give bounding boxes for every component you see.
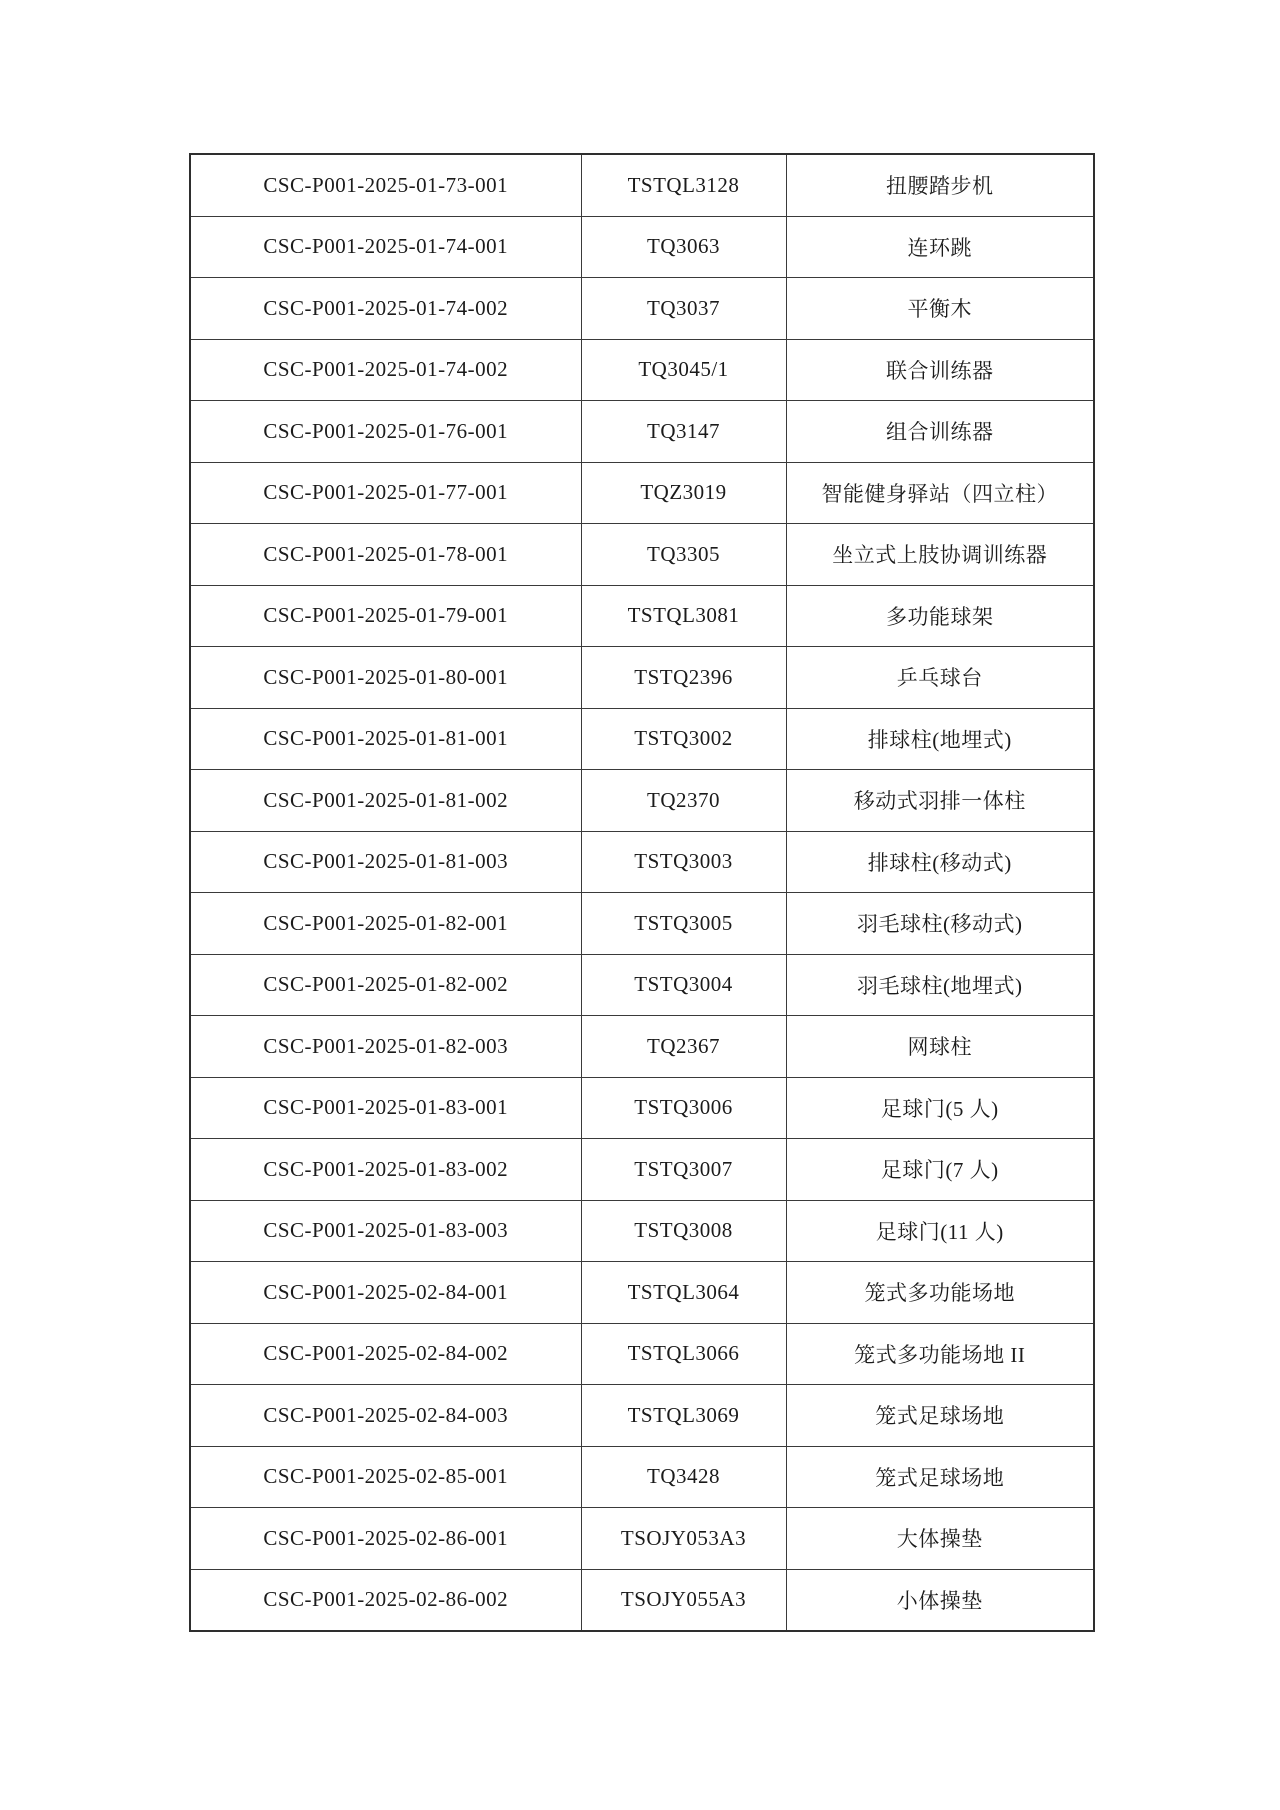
cell-code: CSC-P001-2025-01-80-001 bbox=[190, 647, 581, 709]
cell-name: 多功能球架 bbox=[786, 585, 1094, 647]
cell-name: 足球门(5 人) bbox=[786, 1077, 1094, 1139]
table-row: CSC-P001-2025-01-74-002TQ3045/1联合训练器 bbox=[190, 339, 1094, 401]
table-row: CSC-P001-2025-01-73-001TSTQL3128扭腰踏步机 bbox=[190, 154, 1094, 216]
table-row: CSC-P001-2025-01-82-002TSTQ3004羽毛球柱(地埋式) bbox=[190, 954, 1094, 1016]
cell-name: 智能健身驿站（四立柱） bbox=[786, 462, 1094, 524]
cell-code: CSC-P001-2025-01-79-001 bbox=[190, 585, 581, 647]
cell-model: TQ3045/1 bbox=[581, 339, 786, 401]
cell-name: 联合训练器 bbox=[786, 339, 1094, 401]
table-row: CSC-P001-2025-01-76-001TQ3147组合训练器 bbox=[190, 401, 1094, 463]
cell-name: 小体操垫 bbox=[786, 1569, 1094, 1631]
cell-code: CSC-P001-2025-02-84-001 bbox=[190, 1262, 581, 1324]
table-row: CSC-P001-2025-01-74-002TQ3037平衡木 bbox=[190, 278, 1094, 340]
cell-model: TQ3037 bbox=[581, 278, 786, 340]
cell-code: CSC-P001-2025-02-86-001 bbox=[190, 1508, 581, 1570]
cell-code: CSC-P001-2025-01-81-002 bbox=[190, 770, 581, 832]
table-row: CSC-P001-2025-02-84-003TSTQL3069笼式足球场地 bbox=[190, 1385, 1094, 1447]
cell-model: TSTQ3006 bbox=[581, 1077, 786, 1139]
table-row: CSC-P001-2025-01-81-002TQ2370移动式羽排一体柱 bbox=[190, 770, 1094, 832]
table-row: CSC-P001-2025-01-83-003TSTQ3008足球门(11 人) bbox=[190, 1200, 1094, 1262]
document-page: CSC-P001-2025-01-73-001TSTQL3128扭腰踏步机CSC… bbox=[0, 0, 1280, 1810]
cell-code: CSC-P001-2025-01-82-003 bbox=[190, 1016, 581, 1078]
table-row: CSC-P001-2025-01-78-001TQ3305坐立式上肢协调训练器 bbox=[190, 524, 1094, 586]
cell-model: TQZ3019 bbox=[581, 462, 786, 524]
cell-model: TSTQL3128 bbox=[581, 154, 786, 216]
table-row: CSC-P001-2025-01-81-001TSTQ3002排球柱(地埋式) bbox=[190, 708, 1094, 770]
cell-code: CSC-P001-2025-01-74-002 bbox=[190, 278, 581, 340]
table-row: CSC-P001-2025-02-86-001TSOJY053A3大体操垫 bbox=[190, 1508, 1094, 1570]
cell-code: CSC-P001-2025-02-85-001 bbox=[190, 1446, 581, 1508]
cell-model: TSTQL3069 bbox=[581, 1385, 786, 1447]
cell-code: CSC-P001-2025-01-83-002 bbox=[190, 1139, 581, 1201]
cell-model: TSTQ3004 bbox=[581, 954, 786, 1016]
cell-code: CSC-P001-2025-01-82-001 bbox=[190, 893, 581, 955]
cell-code: CSC-P001-2025-01-74-002 bbox=[190, 339, 581, 401]
cell-model: TSTQ3003 bbox=[581, 831, 786, 893]
cell-model: TQ3147 bbox=[581, 401, 786, 463]
cell-name: 笼式多功能场地 bbox=[786, 1262, 1094, 1324]
cell-name: 羽毛球柱(地埋式) bbox=[786, 954, 1094, 1016]
cell-model: TSTQL3081 bbox=[581, 585, 786, 647]
cell-code: CSC-P001-2025-02-84-003 bbox=[190, 1385, 581, 1447]
cell-model: TSOJY055A3 bbox=[581, 1569, 786, 1631]
cell-name: 笼式足球场地 bbox=[786, 1385, 1094, 1447]
cell-name: 排球柱(移动式) bbox=[786, 831, 1094, 893]
cell-model: TSOJY053A3 bbox=[581, 1508, 786, 1570]
cell-model: TQ2370 bbox=[581, 770, 786, 832]
table-row: CSC-P001-2025-01-77-001TQZ3019智能健身驿站（四立柱… bbox=[190, 462, 1094, 524]
cell-model: TQ2367 bbox=[581, 1016, 786, 1078]
table-row: CSC-P001-2025-01-80-001TSTQ2396乒乓球台 bbox=[190, 647, 1094, 709]
cell-code: CSC-P001-2025-01-83-003 bbox=[190, 1200, 581, 1262]
cell-code: CSC-P001-2025-02-84-002 bbox=[190, 1323, 581, 1385]
cell-name: 笼式足球场地 bbox=[786, 1446, 1094, 1508]
equipment-table: CSC-P001-2025-01-73-001TSTQL3128扭腰踏步机CSC… bbox=[189, 153, 1095, 1632]
cell-name: 乒乓球台 bbox=[786, 647, 1094, 709]
cell-name: 羽毛球柱(移动式) bbox=[786, 893, 1094, 955]
cell-model: TQ3305 bbox=[581, 524, 786, 586]
cell-model: TSTQ3005 bbox=[581, 893, 786, 955]
cell-name: 组合训练器 bbox=[786, 401, 1094, 463]
table-row: CSC-P001-2025-02-84-002TSTQL3066笼式多功能场地 … bbox=[190, 1323, 1094, 1385]
cell-name: 足球门(11 人) bbox=[786, 1200, 1094, 1262]
cell-code: CSC-P001-2025-01-74-001 bbox=[190, 216, 581, 278]
cell-name: 网球柱 bbox=[786, 1016, 1094, 1078]
cell-name: 坐立式上肢协调训练器 bbox=[786, 524, 1094, 586]
cell-code: CSC-P001-2025-01-78-001 bbox=[190, 524, 581, 586]
cell-code: CSC-P001-2025-01-77-001 bbox=[190, 462, 581, 524]
cell-model: TSTQ3002 bbox=[581, 708, 786, 770]
cell-name: 移动式羽排一体柱 bbox=[786, 770, 1094, 832]
table-row: CSC-P001-2025-01-79-001TSTQL3081多功能球架 bbox=[190, 585, 1094, 647]
cell-model: TQ3428 bbox=[581, 1446, 786, 1508]
cell-model: TSTQ2396 bbox=[581, 647, 786, 709]
cell-code: CSC-P001-2025-01-83-001 bbox=[190, 1077, 581, 1139]
cell-code: CSC-P001-2025-01-73-001 bbox=[190, 154, 581, 216]
cell-model: TSTQL3064 bbox=[581, 1262, 786, 1324]
cell-code: CSC-P001-2025-02-86-002 bbox=[190, 1569, 581, 1631]
cell-code: CSC-P001-2025-01-82-002 bbox=[190, 954, 581, 1016]
table-row: CSC-P001-2025-01-82-001TSTQ3005羽毛球柱(移动式) bbox=[190, 893, 1094, 955]
equipment-table-body: CSC-P001-2025-01-73-001TSTQL3128扭腰踏步机CSC… bbox=[190, 154, 1094, 1631]
table-row: CSC-P001-2025-02-84-001TSTQL3064笼式多功能场地 bbox=[190, 1262, 1094, 1324]
table-row: CSC-P001-2025-01-82-003TQ2367网球柱 bbox=[190, 1016, 1094, 1078]
table-row: CSC-P001-2025-02-85-001TQ3428笼式足球场地 bbox=[190, 1446, 1094, 1508]
cell-model: TQ3063 bbox=[581, 216, 786, 278]
cell-code: CSC-P001-2025-01-81-003 bbox=[190, 831, 581, 893]
table-row: CSC-P001-2025-01-74-001TQ3063连环跳 bbox=[190, 216, 1094, 278]
table-row: CSC-P001-2025-01-81-003TSTQ3003排球柱(移动式) bbox=[190, 831, 1094, 893]
table-row: CSC-P001-2025-02-86-002TSOJY055A3小体操垫 bbox=[190, 1569, 1094, 1631]
cell-model: TSTQ3008 bbox=[581, 1200, 786, 1262]
cell-code: CSC-P001-2025-01-76-001 bbox=[190, 401, 581, 463]
table-row: CSC-P001-2025-01-83-001TSTQ3006足球门(5 人) bbox=[190, 1077, 1094, 1139]
cell-name: 大体操垫 bbox=[786, 1508, 1094, 1570]
cell-name: 笼式多功能场地 II bbox=[786, 1323, 1094, 1385]
cell-name: 排球柱(地埋式) bbox=[786, 708, 1094, 770]
cell-code: CSC-P001-2025-01-81-001 bbox=[190, 708, 581, 770]
cell-name: 连环跳 bbox=[786, 216, 1094, 278]
cell-model: TSTQL3066 bbox=[581, 1323, 786, 1385]
cell-model: TSTQ3007 bbox=[581, 1139, 786, 1201]
table-row: CSC-P001-2025-01-83-002TSTQ3007足球门(7 人) bbox=[190, 1139, 1094, 1201]
cell-name: 足球门(7 人) bbox=[786, 1139, 1094, 1201]
cell-name: 扭腰踏步机 bbox=[786, 154, 1094, 216]
cell-name: 平衡木 bbox=[786, 278, 1094, 340]
